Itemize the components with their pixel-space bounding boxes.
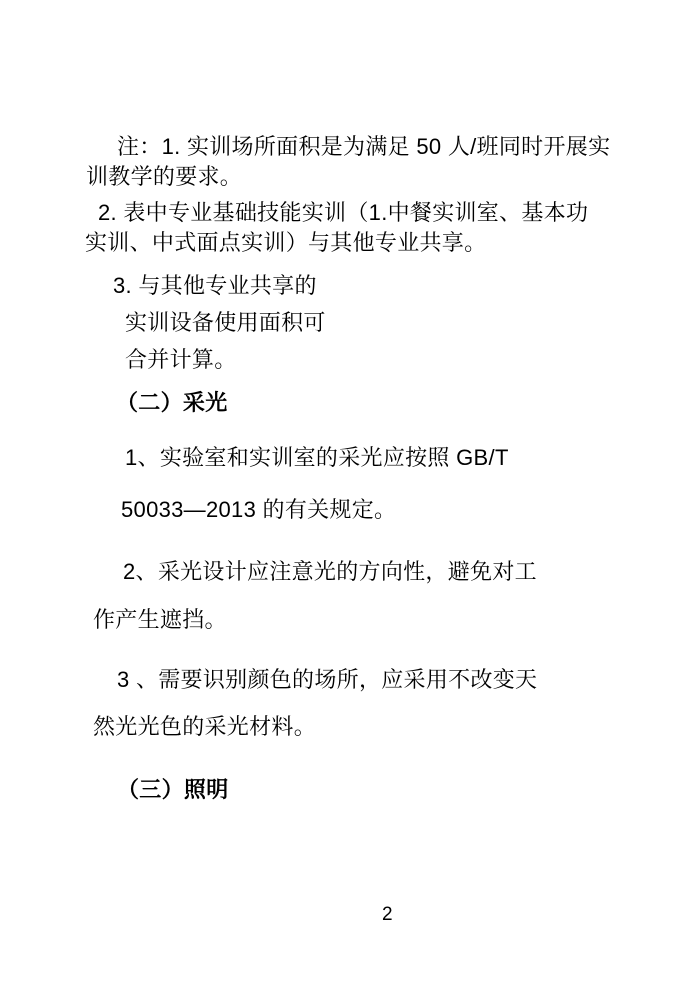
note-item2-line1: 2. 表中专业基础技能实训（1.中餐实训室、基本功: [98, 201, 588, 225]
document-page: 注：1. 实训场所面积是为满足 50 人/班同时开展实 训教学的要求。 2. 表…: [0, 0, 699, 982]
note-item3-line1: 3. 与其他专业共享的: [113, 274, 317, 298]
section-heading-illumination: （三）照明: [117, 778, 229, 802]
note-item3-line2: 实训设备使用面积可: [125, 311, 326, 335]
daylighting-item2-line2: 作产生遮挡。: [93, 608, 227, 632]
page-number: 2: [382, 905, 393, 925]
note-item1-line1: 注：1. 实训场所面积是为满足 50 人/班同时开展实: [117, 135, 610, 159]
note-item3-line3: 合并计算。: [125, 348, 237, 372]
note-item2-line2: 实训、中式面点实训）与其他专业共享。: [85, 231, 486, 255]
section-heading-daylighting: （二）采光: [116, 391, 228, 415]
daylighting-item2-line1: 2、采光设计应注意光的方向性，避免对工: [123, 560, 537, 584]
daylighting-item3-line2: 然光光色的采光材料。: [93, 715, 316, 739]
daylighting-item1-line1: 1、实验室和实训室的采光应按照 GB/T: [125, 446, 509, 470]
daylighting-item1-line2: 50033—2013 的有关规定。: [121, 498, 396, 522]
daylighting-item3-line1: 3 、需要识别颜色的场所，应采用不改变天: [117, 668, 537, 692]
note-item1-line2: 训教学的要求。: [86, 165, 242, 189]
